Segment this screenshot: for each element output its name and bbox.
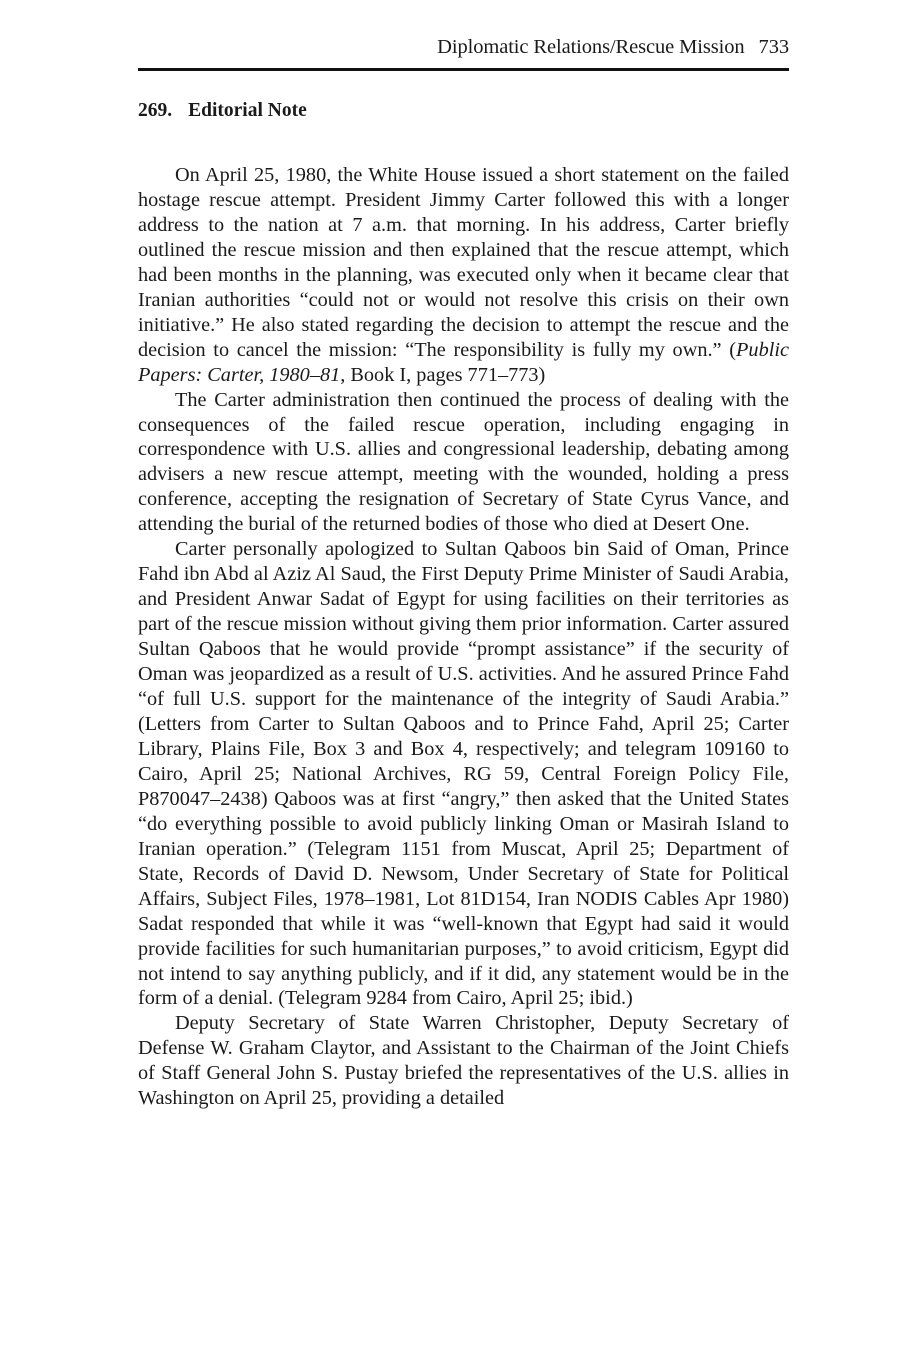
document-heading: 269.Editorial Note — [138, 100, 307, 122]
running-header: Diplomatic Relations/Rescue Mission733 — [437, 36, 789, 59]
body-text: On April 25, 1980, the White House issue… — [138, 163, 789, 1111]
paragraph-3: Carter personally apologized to Sultan Q… — [138, 537, 789, 1011]
paragraph-1-citation-rest: , Book I, pages 771–773) — [340, 364, 545, 386]
paragraph-1: On April 25, 1980, the White House issue… — [138, 163, 789, 388]
document-title: Editorial Note — [188, 100, 307, 121]
document-number: 269. — [138, 100, 172, 121]
page-number: 733 — [759, 36, 789, 58]
running-title: Diplomatic Relations/Rescue Mission — [437, 36, 744, 58]
paragraph-4: Deputy Secretary of State Warren Christo… — [138, 1011, 789, 1111]
paragraph-1-text: On April 25, 1980, the White House issue… — [138, 164, 789, 361]
header-rule — [138, 68, 789, 71]
paragraph-2: The Carter administration then continued… — [138, 388, 789, 538]
